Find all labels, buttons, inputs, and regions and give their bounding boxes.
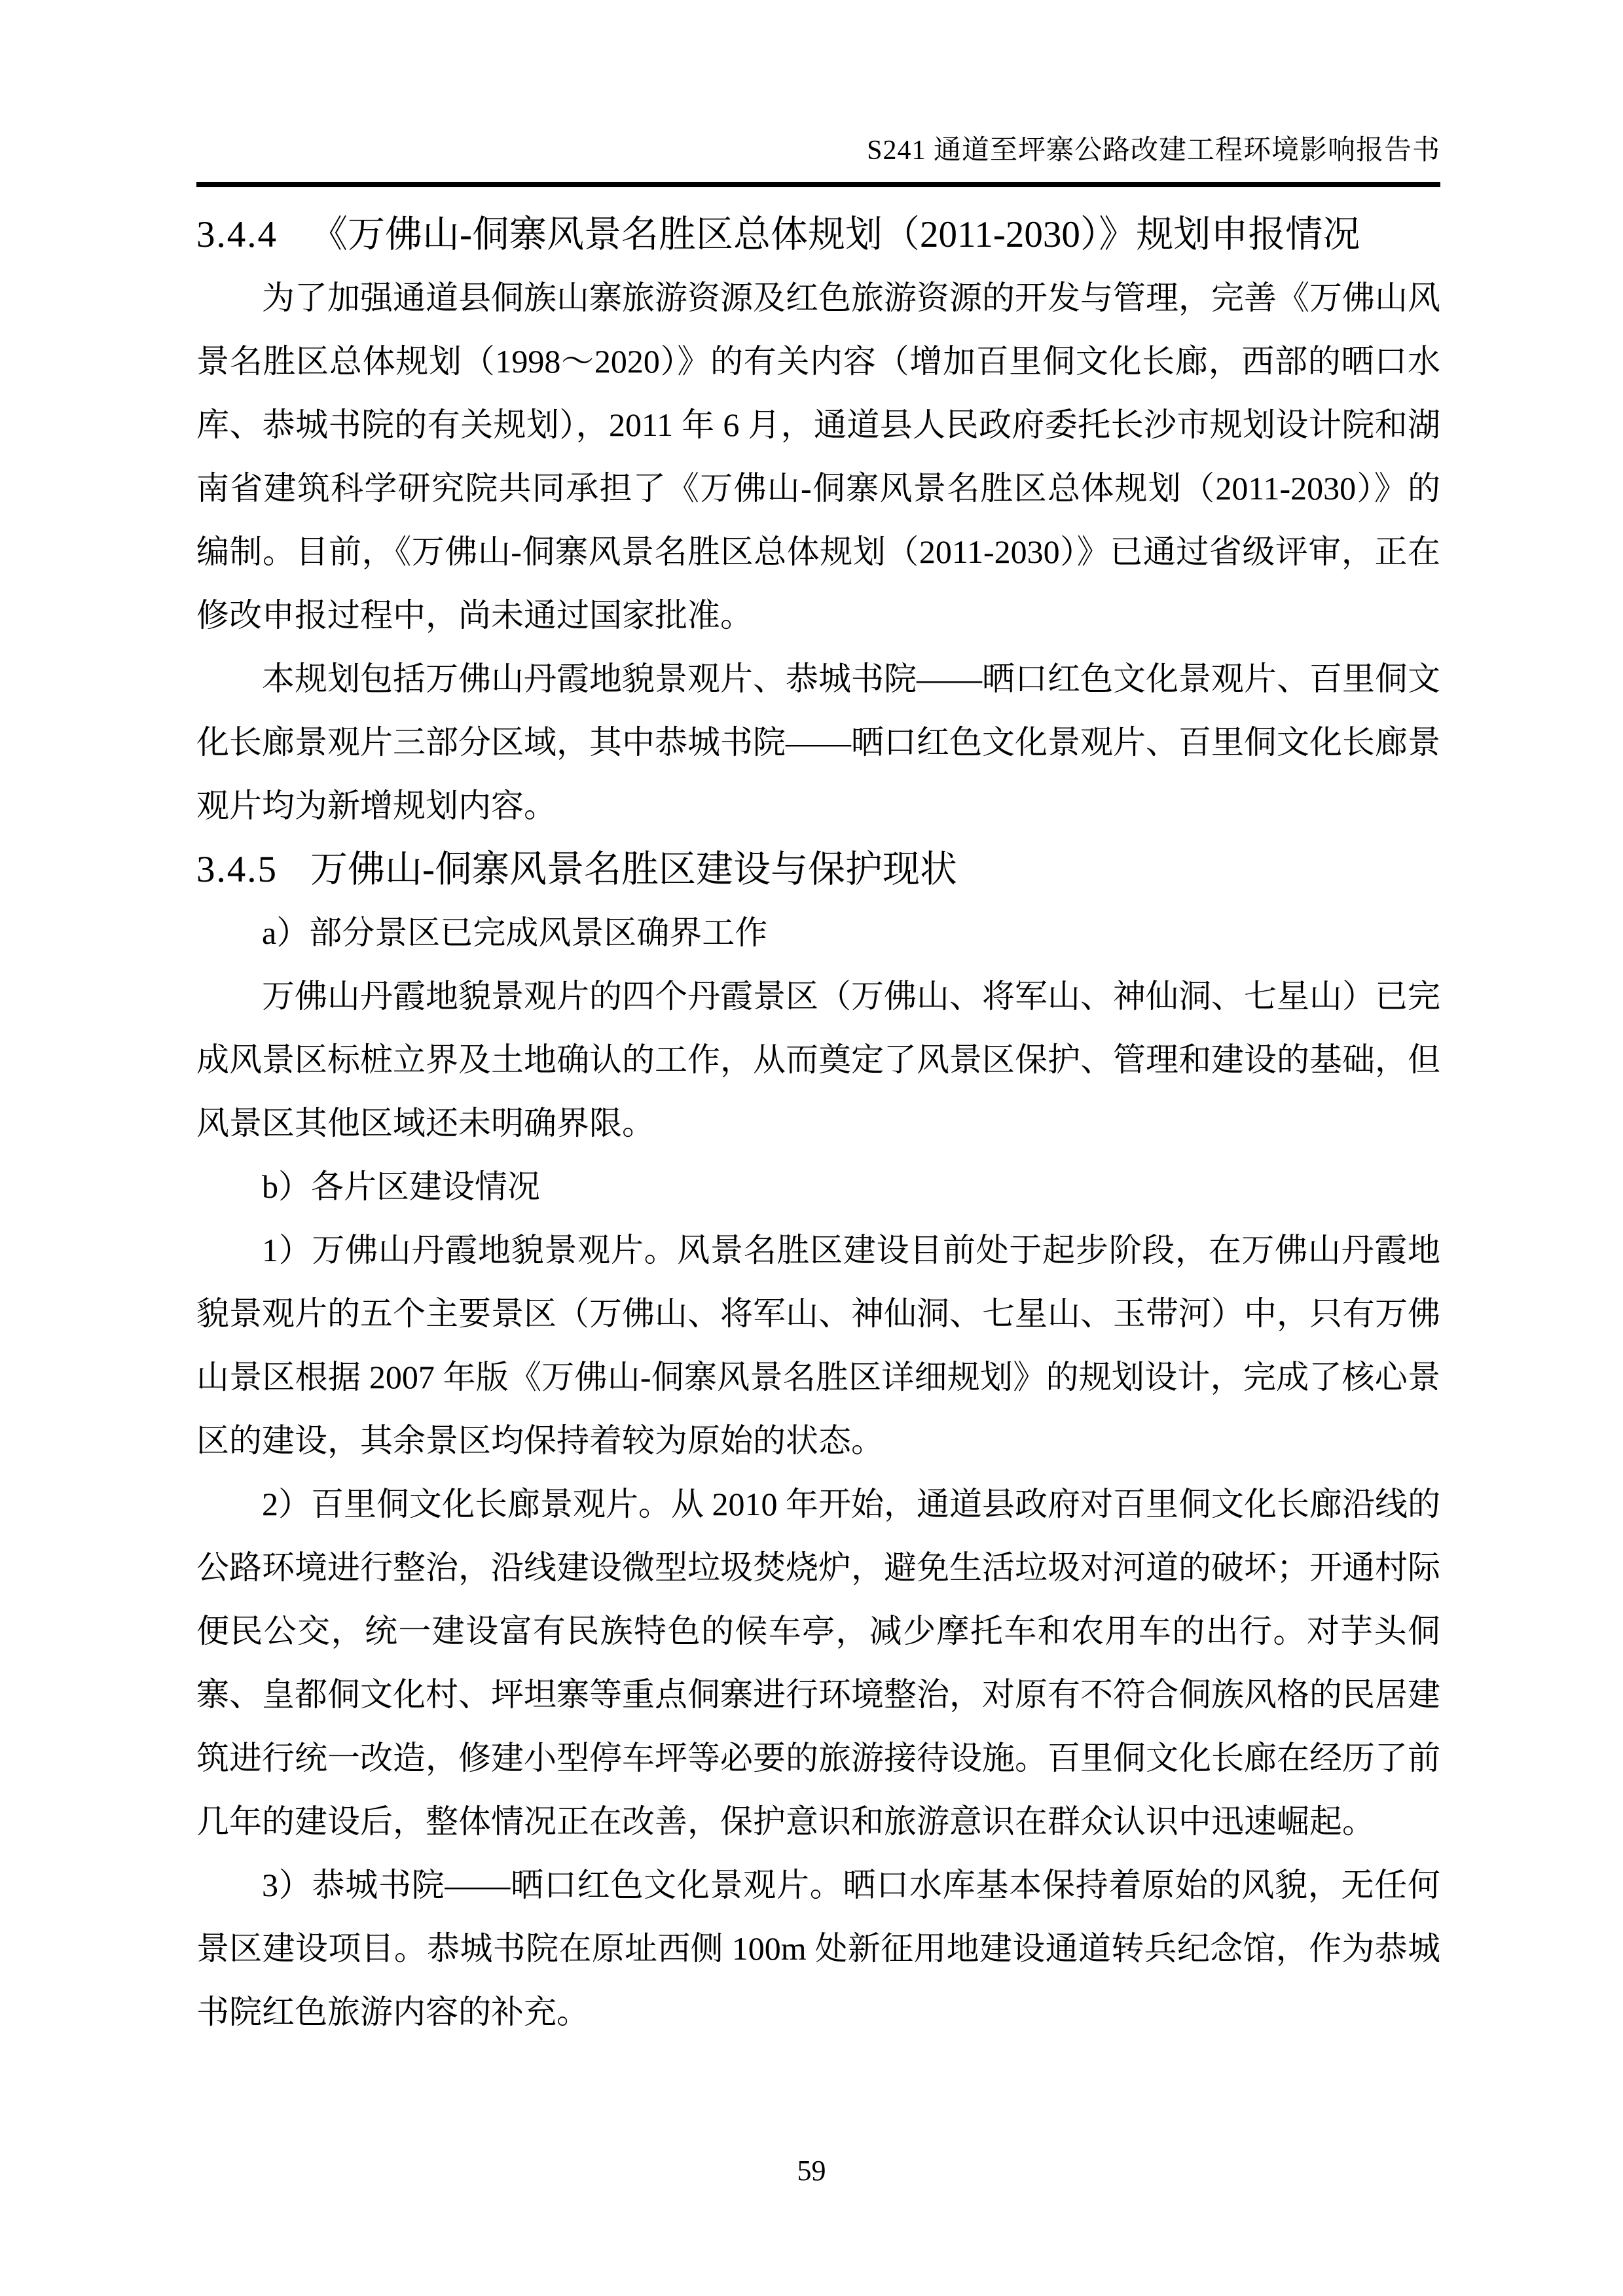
section-title: 《万佛山-侗寨风景名胜区总体规划（2011-2030）》规划申报情况 — [310, 214, 1360, 255]
document-page: S241 通道至坪寨公路改建工程环境影响报告书 3.4.4《万佛山-侗寨风景名胜… — [0, 0, 1623, 2296]
header-title: S241 通道至坪寨公路改建工程环境影响报告书 — [196, 135, 1440, 166]
section-heading: 3.4.5万佛山-侗寨风景名胜区建设与保护现状 — [196, 838, 1440, 901]
list-item-b: b）各片区建设情况 — [196, 1155, 1440, 1219]
section-title: 万佛山-侗寨风景名胜区建设与保护现状 — [310, 849, 957, 890]
page-number: 59 — [797, 2155, 826, 2187]
list-item-2: 2）百里侗文化长廊景观片。从 2010 年开始，通道县政府对百里侗文化长廊沿线的… — [196, 1473, 1440, 1854]
list-item-3: 3）恭城书院——晒口红色文化景观片。晒口水库基本保持着原始的风貌，无任何景区建设… — [196, 1854, 1440, 2044]
paragraph: 本规划包括万佛山丹霞地貌景观片、恭城书院——晒口红色文化景观片、百里侗文化长廊景… — [196, 647, 1440, 838]
section-3-4-5: 3.4.5万佛山-侗寨风景名胜区建设与保护现状 a）部分景区已完成风景区确界工作… — [196, 838, 1440, 2044]
list-item-a: a）部分景区已完成风景区确界工作 — [196, 901, 1440, 965]
section-number: 3.4.5 — [196, 838, 278, 901]
list-item-1: 1）万佛山丹霞地貌景观片。风景名胜区建设目前处于起步阶段，在万佛山丹霞地貌景观片… — [196, 1219, 1440, 1473]
section-heading: 3.4.4《万佛山-侗寨风景名胜区总体规划（2011-2030）》规划申报情况 — [196, 203, 1440, 266]
page-header: S241 通道至坪寨公路改建工程环境影响报告书 — [196, 0, 1440, 187]
paragraph: 为了加强通道县侗族山寨旅游资源及红色旅游资源的开发与管理，完善《万佛山风景名胜区… — [196, 266, 1440, 647]
document-body: 3.4.4《万佛山-侗寨风景名胜区总体规划（2011-2030）》规划申报情况 … — [196, 203, 1440, 2044]
section-number: 3.4.4 — [196, 203, 278, 266]
page-footer: 59 — [0, 2155, 1623, 2187]
paragraph: 万佛山丹霞地貌景观片的四个丹霞景区（万佛山、将军山、神仙洞、七星山）已完成风景区… — [196, 965, 1440, 1155]
section-3-4-4: 3.4.4《万佛山-侗寨风景名胜区总体规划（2011-2030）》规划申报情况 … — [196, 203, 1440, 838]
